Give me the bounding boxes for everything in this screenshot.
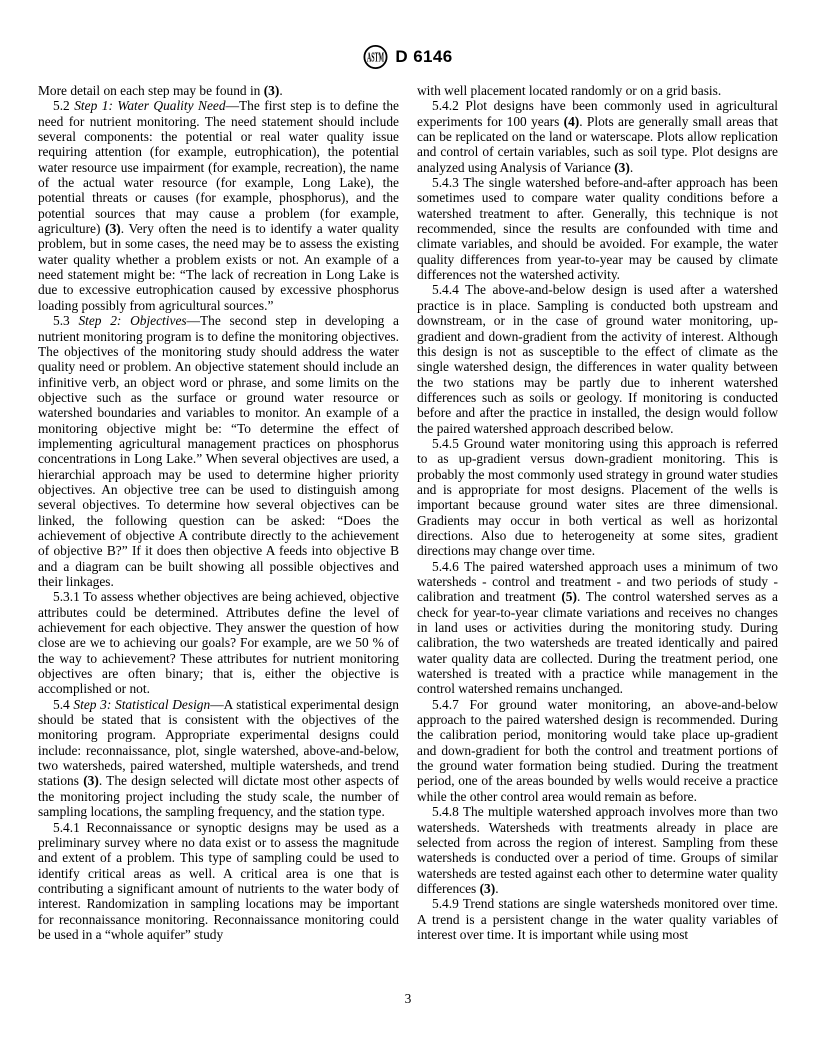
- text-run: 5.4.4 The above-and-below design is used…: [417, 282, 778, 435]
- paragraph: 5.4.9 Trend stations are single watershe…: [417, 896, 778, 942]
- text-run: More detail on each step may be found in: [38, 83, 264, 98]
- paragraph: 5.2 Step 1: Water Quality Need—The first…: [38, 98, 399, 313]
- text-run: —The second step in developing a nutrien…: [38, 313, 399, 589]
- text-run: with well placement located randomly or …: [417, 83, 721, 98]
- text-run: —The first step is to define the need fo…: [38, 98, 399, 236]
- text-run: 5.2: [53, 98, 74, 113]
- text-run: (3): [614, 160, 630, 175]
- text-run: Step 1: Water Quality Need: [74, 98, 225, 113]
- text-run: 5.3.1 To assess whether objectives are b…: [38, 589, 399, 696]
- text-run: Step 3: Statistical Design: [73, 697, 210, 712]
- paragraph: 5.4.3 The single watershed before-and-af…: [417, 175, 778, 282]
- page-number: 3: [405, 991, 412, 1006]
- left-column: More detail on each step may be found in…: [38, 83, 399, 942]
- text-run: 5.4.1 Reconnaissance or synoptic designs…: [38, 820, 399, 942]
- paragraph: 5.4.4 The above-and-below design is used…: [417, 282, 778, 435]
- text-run: (4): [564, 114, 580, 129]
- astm-logo-icon: ASTM: [363, 44, 388, 70]
- text-run: (3): [83, 773, 99, 788]
- text-run: .: [279, 83, 282, 98]
- text-body: More detail on each step may be found in…: [38, 83, 778, 942]
- text-run: 5.4.8 The multiple watershed approach in…: [417, 804, 778, 896]
- paragraph: 5.4.8 The multiple watershed approach in…: [417, 804, 778, 896]
- text-run: 5.4.7 For ground water monitoring, an ab…: [417, 697, 778, 804]
- text-run: 5.4: [53, 697, 73, 712]
- text-run: .: [630, 160, 633, 175]
- text-run: Step 2: Objectives: [78, 313, 186, 328]
- paragraph: 5.4.1 Reconnaissance or synoptic designs…: [38, 820, 399, 943]
- paragraph: More detail on each step may be found in…: [38, 83, 399, 98]
- document-page: ASTM D 6146 More detail on each step may…: [0, 0, 816, 1056]
- standard-designation: D 6146: [395, 47, 452, 67]
- text-run: (3): [264, 83, 280, 98]
- paragraph: 5.4.2 Plot designs have been commonly us…: [417, 98, 778, 175]
- text-run: (3): [105, 221, 121, 236]
- paragraph: 5.4 Step 3: Statistical Design—A statist…: [38, 697, 399, 820]
- text-run: 5.3: [53, 313, 78, 328]
- text-run: 5.4.9 Trend stations are single watershe…: [417, 896, 778, 942]
- paragraph: 5.4.6 The paired watershed approach uses…: [417, 559, 778, 697]
- page-footer: 3: [38, 991, 778, 1007]
- paragraph: 5.4.5 Ground water monitoring using this…: [417, 436, 778, 559]
- page-header: ASTM D 6146: [0, 44, 816, 70]
- svg-text:ASTM: ASTM: [367, 50, 384, 65]
- paragraph: 5.3 Step 2: Objectives—The second step i…: [38, 313, 399, 589]
- text-run: 5.4.5 Ground water monitoring using this…: [417, 436, 778, 558]
- text-run: . The control watershed serves as a chec…: [417, 589, 778, 696]
- text-run: (3): [480, 881, 496, 896]
- paragraph: 5.4.7 For ground water monitoring, an ab…: [417, 697, 778, 804]
- right-column: with well placement located randomly or …: [417, 83, 778, 942]
- text-run: 5.4.3 The single watershed before-and-af…: [417, 175, 778, 282]
- paragraph: 5.3.1 To assess whether objectives are b…: [38, 589, 399, 696]
- paragraph: with well placement located randomly or …: [417, 83, 778, 98]
- text-run: .: [495, 881, 498, 896]
- text-run: (5): [561, 589, 577, 604]
